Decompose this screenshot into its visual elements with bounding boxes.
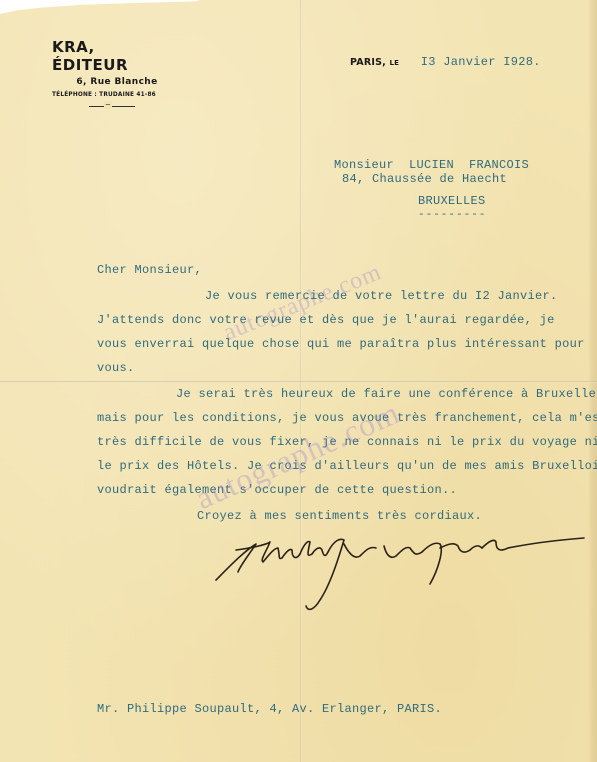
body-line: mais pour les conditions, je vous avoue … (97, 411, 597, 425)
closing-line: Croyez à mes sentiments très cordiaux. (197, 509, 482, 523)
body-line: très difficile de vous fixer, je ne conn… (97, 435, 597, 449)
date-label: PARIS, LE (350, 57, 399, 68)
body-line: J'attends donc votre revue et dès que je… (97, 313, 555, 327)
publisher-address: 6, Rue Blanche (52, 77, 172, 87)
city-underline: --------- (418, 208, 486, 222)
letterhead: KRA, ÉDITEUR 6, Rue Blanche TÉLÉPHONE : … (52, 38, 172, 108)
body-line: Je vous remercie de votre lettre du I2 J… (205, 289, 558, 303)
body-line: le prix des Hôtels. Je crois d'ailleurs … (97, 459, 597, 473)
watermark: autographe.com (220, 259, 386, 347)
salutation: Cher Monsieur, (97, 263, 202, 277)
horizontal-fold-crease (0, 381, 597, 383)
torn-corner (0, 0, 200, 14)
recipient-name: Monsieur LUCIEN FRANCOIS (334, 158, 529, 172)
dateline: PARIS, LE I3 Janvier I928. (350, 52, 541, 70)
recipient-street: 84, Chaussée de Haecht (334, 172, 529, 186)
body-line: vous enverrai quelque chose qui me paraî… (97, 337, 585, 351)
publisher-name: KRA, ÉDITEUR (52, 38, 172, 74)
letter-page: KRA, ÉDITEUR 6, Rue Blanche TÉLÉPHONE : … (0, 0, 597, 762)
recipient-city: BRUXELLES (418, 194, 486, 208)
ornament-divider-icon: ~ (89, 104, 135, 108)
signature-icon (208, 530, 588, 615)
body-line: vous. (97, 361, 135, 375)
recipient-address: Monsieur LUCIEN FRANCOIS 84, Chaussée de… (334, 158, 529, 186)
body-line: Je serai très heureux de faire une confé… (176, 387, 597, 401)
sender-address: Mr. Philippe Soupault, 4, Av. Erlanger, … (97, 702, 442, 716)
publisher-telephone: TÉLÉPHONE : TRUDAINE 41-86 (52, 92, 172, 98)
letter-date: I3 Janvier I928. (421, 55, 541, 69)
body-line: voudrait également s'occuper de cette qu… (97, 483, 457, 497)
